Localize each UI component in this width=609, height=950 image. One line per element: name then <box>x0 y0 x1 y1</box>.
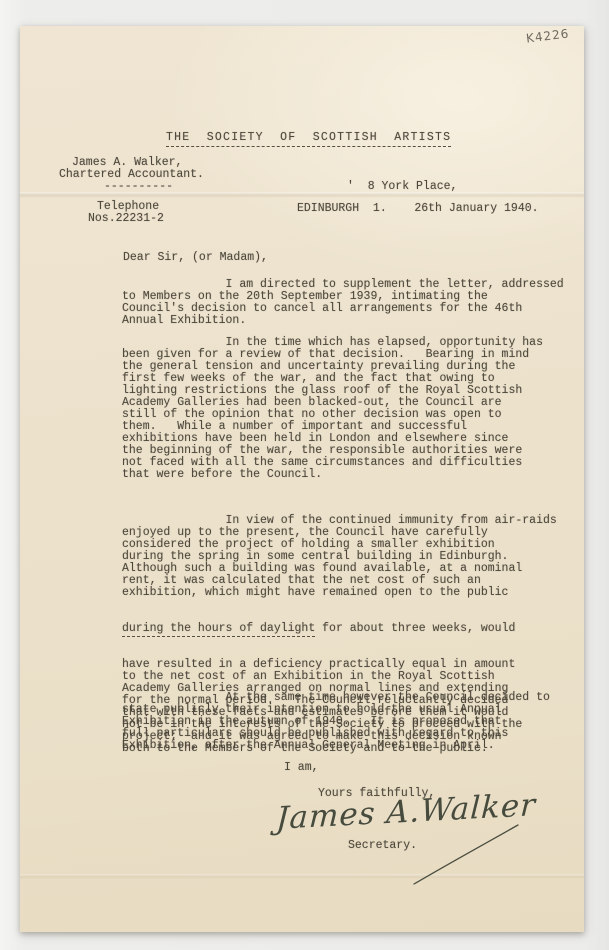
archival-reference-annotation: K4226 <box>525 26 570 45</box>
letterhead-title: THE SOCIETY OF SCOTTISH ARTISTS <box>166 132 451 147</box>
paragraph-2: In the time which has elapsed, opportuni… <box>122 337 543 481</box>
handwritten-signature: James A.Walker <box>275 787 537 837</box>
paragraph-4: At the same time however the Council dec… <box>122 692 550 752</box>
letter-page: K4226 THE SOCIETY OF SCOTTISH ARTISTS Ja… <box>20 26 584 932</box>
underlined-phrase: during the hours of daylight <box>122 622 315 637</box>
address-line-1: ' 8 York Place, <box>347 181 457 193</box>
paper-fold-crease-lower <box>20 874 584 879</box>
text-line-with-underline: during the hours of daylight for about t… <box>122 623 557 635</box>
paragraph-1: I am directed to supplement the letter, … <box>122 279 564 327</box>
pre-close: I am, <box>284 762 319 774</box>
scan-backdrop: K4226 THE SOCIETY OF SCOTTISH ARTISTS Ja… <box>0 0 609 950</box>
telephone-number: Nos.22231-2 <box>88 213 164 225</box>
address-line-2-dateline: EDINBURGH 1. 26th January 1940. <box>297 203 539 215</box>
text-line: Annual Exhibition. <box>122 315 564 327</box>
paragraph-3-part-1: In view of the continued immunity from a… <box>122 515 557 599</box>
text-line: that were before the Council. <box>122 469 543 481</box>
underline-line-rest: for about three weeks, would <box>315 622 515 635</box>
signer-title: Secretary. <box>348 840 417 852</box>
salutation: Dear Sir, (or Madam), <box>123 252 268 264</box>
letterhead-divider-dashes: ---------- <box>104 181 173 193</box>
text-line: exhibition, which might have remained op… <box>122 587 557 599</box>
text-line: Exhibition, after the Annual General Mee… <box>122 740 550 752</box>
